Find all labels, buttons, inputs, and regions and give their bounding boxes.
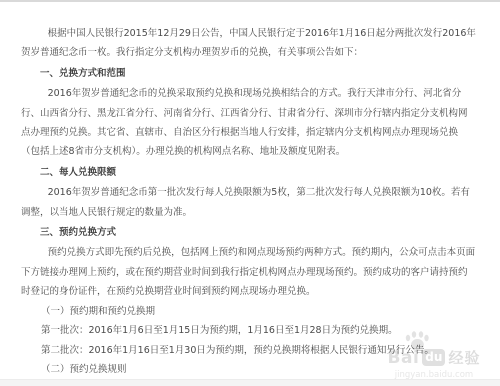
bottom-strip [0, 379, 500, 386]
section-heading: 三、预约兑换方式 [21, 223, 476, 242]
section-heading: 一、兑换方式和范围 [21, 64, 476, 83]
top-divider-bar [0, 0, 500, 2]
section-heading: 二、每人兑换限额 [21, 163, 476, 182]
batch-item: 第二批次：2016年1月16日至1月30日为预约期，预约兑换期将根据人民银行通知… [21, 341, 476, 360]
batch-item: 第一批次：2016年1月6日至1月15日为预约期，1月16日至1月28日为预约兑… [21, 321, 476, 340]
section-subheading: （一）预约期和预约兑换期 [21, 302, 476, 321]
paragraph: 2016年贺岁普通纪念币的兑换采取预约兑换和现场兑换相结合的方式。我行天津市分行… [21, 84, 476, 162]
paragraph: 2016年贺岁普通纪念币第一批次发行每人兑换限额为5枚，第二批次发行每人兑换限额… [21, 183, 476, 222]
paragraph: 根据中国人民银行2015年12月29日公告，中国人民银行定于2016年1月16日… [21, 24, 476, 63]
paragraph: 预约兑换方式即先预约后兑换，包括网上预约和网点现场预约两种方式。预约期内，公众可… [21, 243, 476, 301]
section-subheading: （二）预约兑换规则 [21, 360, 476, 379]
document-body: 根据中国人民银行2015年12月29日公告，中国人民银行定于2016年1月16日… [0, 0, 500, 386]
